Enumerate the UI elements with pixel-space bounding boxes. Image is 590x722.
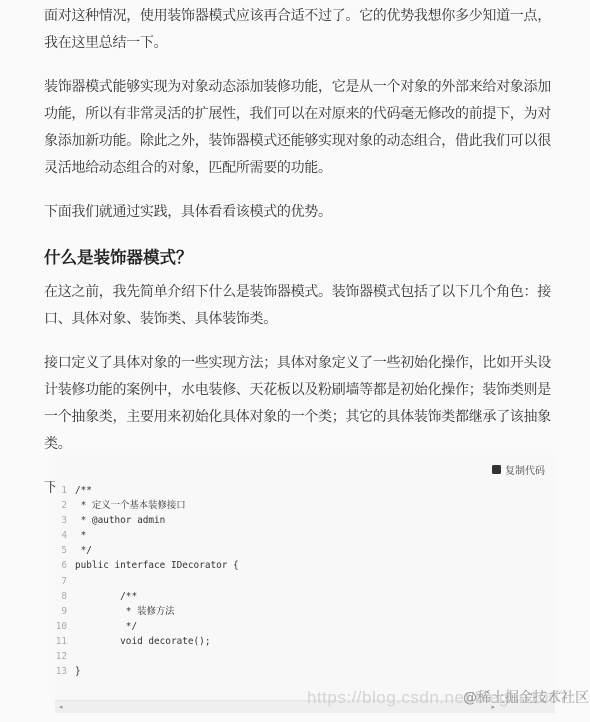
line-number: 4	[55, 528, 67, 543]
code-line: 3 * @author admin	[55, 513, 555, 528]
paragraph-summary-intro: 面对这种情况，使用装饰器模式应该再合适不过了。它的优势我想你多少知道一点，我在这…	[44, 3, 554, 57]
paragraph-roles-detail: 接口定义了具体对象的一些实现方法；具体对象定义了一些初始化操作，比如开头设计装修…	[44, 350, 554, 458]
code-line: 1/**	[55, 483, 555, 498]
copy-code-label: 复制代码	[505, 462, 545, 477]
code-lines: 1/** 2 * 定义一个基本装修接口 3 * @author admin 4 …	[55, 483, 555, 679]
article-body: 面对这种情况，使用装饰器模式应该再合适不过了。它的优势我想你多少知道一点，我在这…	[44, 0, 554, 502]
code-line: 4 *	[55, 528, 555, 543]
code-line: 2 * 定义一个基本装修接口	[55, 498, 555, 513]
code-text: *	[75, 528, 86, 543]
code-block: 复制代码 1/** 2 * 定义一个基本装修接口 3 * @author adm…	[55, 455, 555, 713]
code-text: * 定义一个基本装修接口	[75, 498, 186, 513]
line-number: 7	[55, 574, 67, 589]
code-line: 8 /**	[55, 589, 555, 604]
line-number: 9	[55, 604, 67, 619]
code-line: 10 */	[55, 619, 555, 634]
copy-icon	[492, 465, 501, 474]
line-number: 1	[55, 483, 67, 498]
code-line: 12	[55, 649, 555, 664]
code-line: 7	[55, 574, 555, 589]
code-text: }	[75, 664, 81, 679]
line-number: 6	[55, 558, 67, 573]
watermark-brand: @稀土掘金技术社区	[463, 687, 589, 707]
line-number: 10	[55, 619, 67, 634]
section-heading: 什么是装饰器模式？	[44, 246, 554, 270]
code-line: 9 * 装修方法	[55, 604, 555, 619]
code-line: 13}	[55, 664, 555, 679]
paragraph-roles: 在这之前，我先简单介绍下什么是装饰器模式。装饰器模式包括了以下几个角色：接口、具…	[44, 279, 554, 333]
line-number: 8	[55, 589, 67, 604]
code-text: * @author admin	[75, 513, 165, 528]
code-text: * 装修方法	[75, 604, 175, 619]
paragraph-advantages: 装饰器模式能够实现为对象动态添加装修功能，它是从一个对象的外部来给对象添加功能，…	[44, 74, 554, 182]
paragraph-practice-intro: 下面我们就通过实践，具体看看该模式的优势。	[44, 199, 554, 226]
code-text: */	[75, 619, 137, 634]
line-number: 11	[55, 634, 67, 649]
code-text: public interface IDecorator {	[75, 558, 239, 573]
line-number: 13	[55, 664, 67, 679]
line-number: 3	[55, 513, 67, 528]
code-line: 5 */	[55, 543, 555, 558]
code-text: */	[75, 543, 92, 558]
code-text: /**	[75, 589, 137, 604]
code-line: 6public interface IDecorator {	[55, 558, 555, 573]
line-number: 5	[55, 543, 67, 558]
line-number: 12	[55, 649, 67, 664]
copy-code-button[interactable]: 复制代码	[492, 462, 545, 477]
code-text: void decorate();	[75, 634, 210, 649]
line-number: 2	[55, 498, 67, 513]
scroll-left-arrow-icon[interactable]: ◂	[59, 701, 63, 713]
code-line: 11 void decorate();	[55, 634, 555, 649]
code-text: /**	[75, 483, 92, 498]
